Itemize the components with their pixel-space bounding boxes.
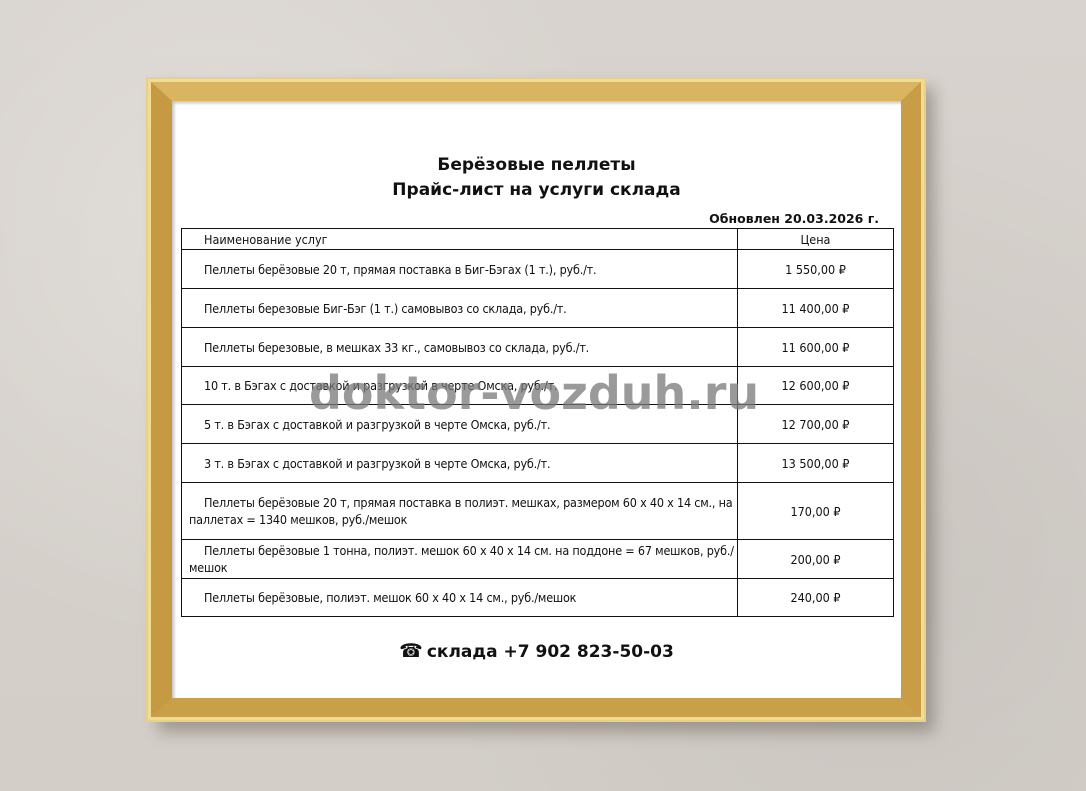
service-name: 10 т. в Бэгах с доставкой и разгрузкой в… bbox=[182, 367, 738, 405]
table-row: Пеллеты берёзовые 20 т, прямая поставка … bbox=[182, 483, 894, 540]
table-row: Пеллеты березовые, в мешках 33 кг., само… bbox=[182, 328, 894, 367]
table-row: 3 т. в Бэгах с доставкой и разгрузкой в … bbox=[182, 444, 894, 483]
service-name: 5 т. в Бэгах с доставкой и разгрузкой в … bbox=[182, 405, 738, 444]
service-name: Пеллеты берёзовые, полиэт. мешок 60 х 40… bbox=[182, 579, 738, 617]
service-price: 200,00 ₽ bbox=[738, 540, 894, 579]
document-title: Берёзовые пеллеты Прайс-лист на услуги с… bbox=[172, 153, 901, 203]
service-name: Пеллеты березовые Биг-Бэг (1 т.) самовыв… bbox=[182, 289, 738, 328]
service-price: 170,00 ₽ bbox=[738, 483, 894, 540]
service-name: Пеллеты берёзовые 1 тонна, полиэт. мешок… bbox=[182, 540, 738, 579]
table-row: Пеллеты березовые Биг-Бэг (1 т.) самовыв… bbox=[182, 289, 894, 328]
title-line-1: Берёзовые пеллеты bbox=[172, 153, 901, 178]
table-row: 5 т. в Бэгах с доставкой и разгрузкой в … bbox=[182, 405, 894, 444]
title-line-2: Прайс-лист на услуги склада bbox=[172, 178, 901, 203]
table-row: 10 т. в Бэгах с доставкой и разгрузкой в… bbox=[182, 367, 894, 405]
column-header-name: Наименование услуг bbox=[182, 229, 738, 250]
service-price: 13 500,00 ₽ bbox=[738, 444, 894, 483]
table-row: Пеллеты берёзовые 20 т, прямая поставка … bbox=[182, 250, 894, 289]
phone-text: склада +7 902 823-50-03 bbox=[427, 642, 674, 662]
service-price: 12 700,00 ₽ bbox=[738, 405, 894, 444]
service-price: 1 550,00 ₽ bbox=[738, 250, 894, 289]
service-price: 11 600,00 ₽ bbox=[738, 328, 894, 367]
table-row: Пеллеты берёзовые 1 тонна, полиэт. мешок… bbox=[182, 540, 894, 579]
updated-date: Обновлен 20.03.2026 г. bbox=[709, 211, 879, 226]
picture-frame: Берёзовые пеллеты Прайс-лист на услуги с… bbox=[148, 79, 924, 720]
service-name: Пеллеты берёзовые 20 т, прямая поставка … bbox=[182, 250, 738, 289]
service-name: Пеллеты берёзовые 20 т, прямая поставка … bbox=[182, 483, 738, 540]
column-header-price: Цена bbox=[738, 229, 894, 250]
telephone-icon: ☎ bbox=[399, 640, 423, 662]
service-price: 240,00 ₽ bbox=[738, 579, 894, 617]
table-row: Пеллеты берёзовые, полиэт. мешок 60 х 40… bbox=[182, 579, 894, 617]
service-name: Пеллеты березовые, в мешках 33 кг., само… bbox=[182, 328, 738, 367]
price-table: Наименование услуг Цена Пеллеты берёзовы… bbox=[181, 228, 894, 617]
table-header-row: Наименование услуг Цена bbox=[182, 229, 894, 250]
service-price: 12 600,00 ₽ bbox=[738, 367, 894, 405]
price-list-sheet: Берёзовые пеллеты Прайс-лист на услуги с… bbox=[172, 101, 901, 698]
service-name: 3 т. в Бэгах с доставкой и разгрузкой в … bbox=[182, 444, 738, 483]
service-price: 11 400,00 ₽ bbox=[738, 289, 894, 328]
contact-phone: ☎склада +7 902 823-50-03 bbox=[172, 640, 901, 662]
